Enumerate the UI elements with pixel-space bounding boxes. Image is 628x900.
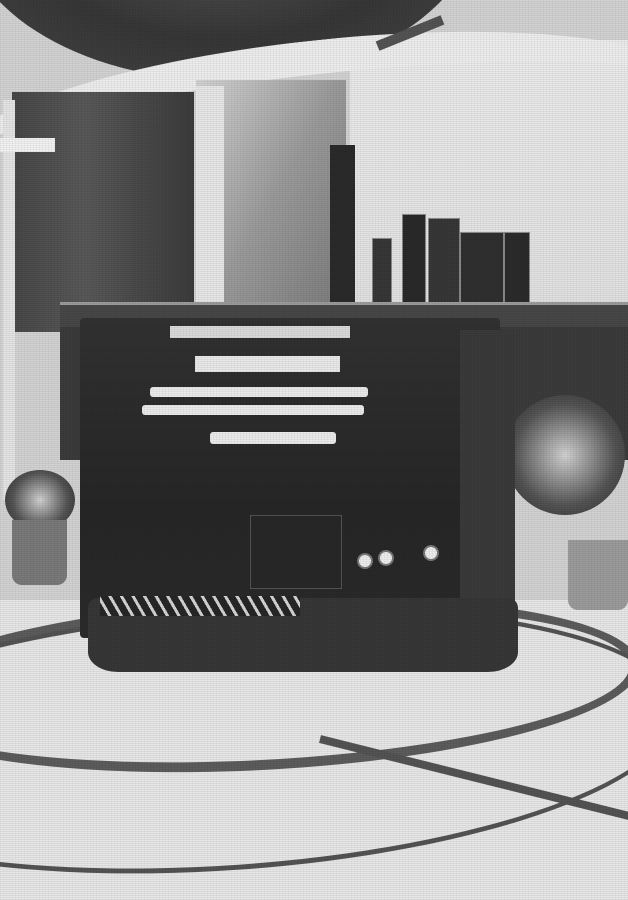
console-side [460,330,515,630]
book [460,232,504,304]
pot-right [568,540,628,610]
pot-left [12,520,67,585]
manual-upper [150,387,368,397]
pillar [196,86,224,326]
book [504,232,530,304]
knob [378,550,394,566]
cross-arm [0,138,55,152]
cross-icon [3,100,15,500]
pedalboard [100,596,300,616]
music-desk [170,326,350,338]
left-wall-panel [12,92,194,332]
console-panel [250,515,342,589]
book [402,214,426,304]
books-on-shelf [372,214,532,304]
manual-bottom [210,432,336,444]
manual-lower [142,405,364,415]
book [372,238,392,304]
knob [423,545,439,561]
photo-scene [0,0,628,900]
knob [357,553,373,569]
wall-strip [330,145,355,315]
book [428,218,460,304]
plant-right [505,395,625,515]
stop-labels [195,356,340,372]
